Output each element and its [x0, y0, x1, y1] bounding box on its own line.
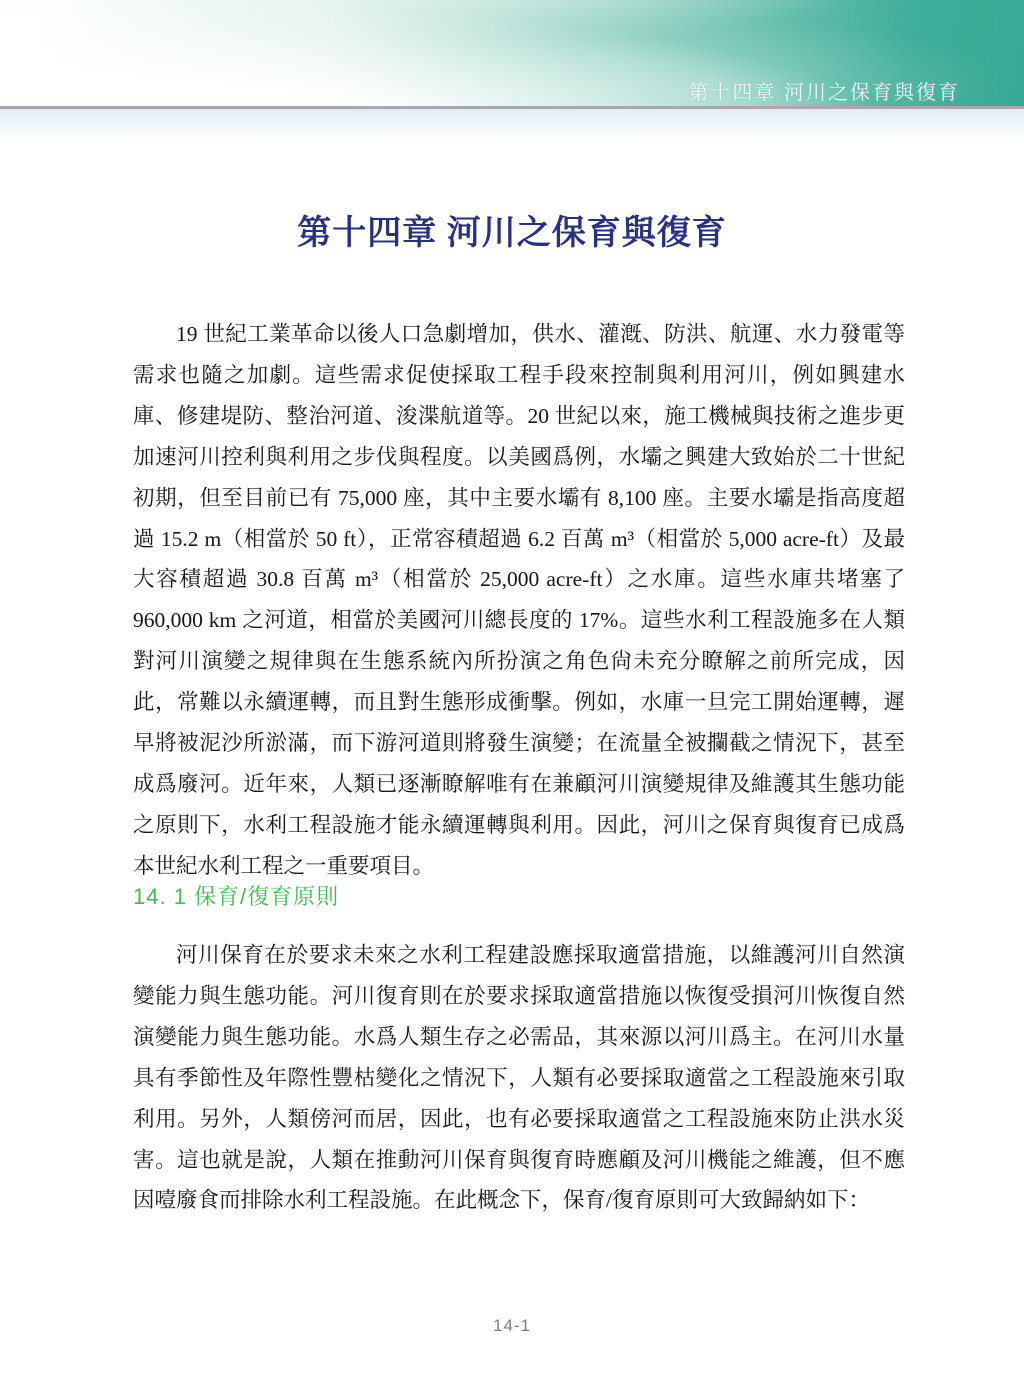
document-page: 第十四章 河川之保育與復育 第十四章 河川之保育與復育 19 世紀工業革命以後人…	[0, 0, 1024, 1400]
running-head: 第十四章 河川之保育與復育	[688, 76, 960, 105]
section-heading-14-1: 14. 1 保育/復育原則	[133, 880, 339, 911]
paragraph-intro: 19 世紀工業革命以後人口急劇增加，供水、灌漑、防洪、航運、水力發電等需求也隨之…	[133, 314, 905, 887]
paragraph-principles: 河川保育在於要求未來之水利工程建設應採取適當措施，以維護河川自然演變能力與生態功…	[133, 935, 905, 1221]
header-gradient-banner: 第十四章 河川之保育與復育	[0, 0, 1024, 106]
chapter-title: 第十四章 河川之保育與復育	[0, 205, 1024, 254]
header-subband-gradient	[0, 109, 1024, 143]
page-number: 14-1	[0, 1316, 1024, 1336]
